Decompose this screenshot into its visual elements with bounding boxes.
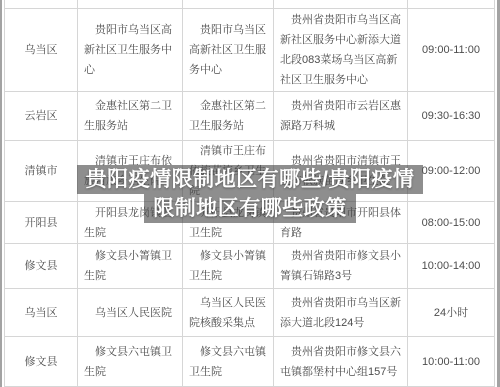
empty-cell [183, 0, 274, 9]
address-cell: 贵州省贵阳市乌当区高新社区服务中心新添大道北段083菜场乌当区高新社区卫生服务中… [274, 9, 408, 92]
table-row: 乌当区贵阳市乌当区高新社区卫生服务中心贵阳市乌当区高新社区卫生服务中心贵州省贵阳… [5, 9, 495, 92]
time-cell: 09:00-11:00 [408, 9, 495, 92]
org-name-cell: 修文县六屯镇卫生院 [78, 337, 183, 387]
district-cell: 云岩区 [5, 92, 78, 141]
table-row: 修文县修文县小箐镇卫生院修文县小箐镇卫生院贵州省贵阳市修文县小箐镇石锦路3号10… [5, 244, 495, 289]
org-name-cell: 金惠社区第二卫生服务站 [78, 92, 183, 141]
time-cell: 10:00-11:00 [408, 337, 495, 387]
org-name-cell: 修文县小箐镇卫生院 [78, 244, 183, 289]
time-cell: 10:00-14:00 [408, 244, 495, 289]
table-row: 修文县修文县六屯镇卫生院修文县六屯镇卫生院贵州省贵阳市修文县六屯镇都堡村中心组1… [5, 337, 495, 387]
site-name-cell: 修文县六屯镇卫生院 [183, 337, 274, 387]
title-overlay-line1-wrap: 贵阳疫情限制地区有哪些/贵阳疫情 [0, 165, 500, 194]
empty-cell [5, 0, 78, 9]
district-cell: 乌当区 [5, 9, 78, 92]
empty-cell [274, 0, 408, 9]
time-cell: 24小时 [408, 289, 495, 337]
org-name-cell: 贵阳市乌当区高新社区卫生服务中心 [78, 9, 183, 92]
title-overlay-line2: 限制地区有哪些政策 [144, 194, 356, 223]
title-overlay: 贵阳疫情限制地区有哪些/贵阳疫情 限制地区有哪些政策 [0, 165, 500, 223]
district-cell: 修文县 [5, 337, 78, 387]
time-cell: 09:30-16:30 [408, 92, 495, 141]
table-row: 云岩区金惠社区第二卫生服务站金惠社区第二卫生服务站贵州省贵阳市云岩区惠源路万科城… [5, 92, 495, 141]
site-name-cell: 修文县小箐镇卫生院 [183, 244, 274, 289]
site-name-cell: 乌当区人民医院核酸采集点 [183, 289, 274, 337]
address-cell: 贵州省贵阳市乌当区新添大道北段124号 [274, 289, 408, 337]
address-cell: 贵州省贵阳市云岩区惠源路万科城 [274, 92, 408, 141]
district-cell: 乌当区 [5, 289, 78, 337]
empty-cell [408, 0, 495, 9]
empty-cell [78, 0, 183, 9]
title-overlay-line2-wrap: 限制地区有哪些政策 [0, 194, 500, 223]
partial-row-top [5, 0, 495, 9]
address-cell: 贵州省贵阳市修文县小箐镇石锦路3号 [274, 244, 408, 289]
title-overlay-line1: 贵阳疫情限制地区有哪些/贵阳疫情 [77, 165, 424, 194]
district-cell: 修文县 [5, 244, 78, 289]
site-name-cell: 金惠社区第二卫生服务站 [183, 92, 274, 141]
site-name-cell: 贵阳市乌当区高新社区卫生服务中心 [183, 9, 274, 92]
table-row: 乌当区乌当区人民医院乌当区人民医院核酸采集点贵州省贵阳市乌当区新添大道北段124… [5, 289, 495, 337]
address-cell: 贵州省贵阳市修文县六屯镇都堡村中心组157号 [274, 337, 408, 387]
org-name-cell: 乌当区人民医院 [78, 289, 183, 337]
